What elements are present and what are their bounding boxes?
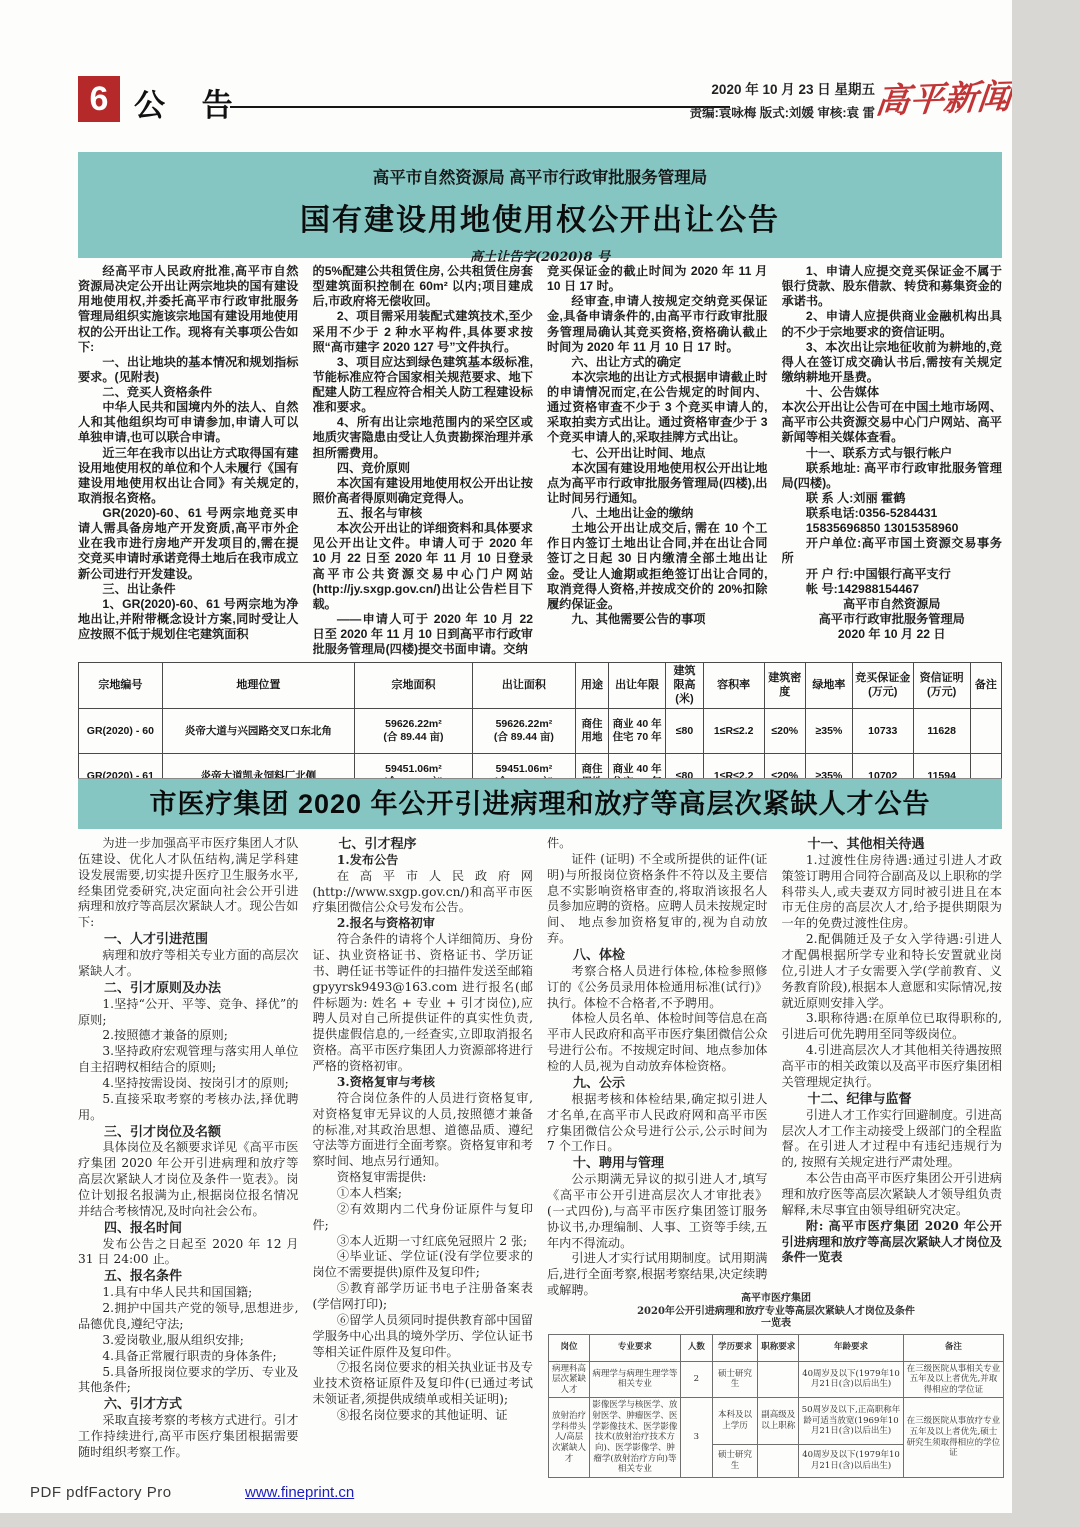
- announcement1-title: 国有建设用地使用权公开出让公告: [78, 195, 1002, 239]
- education-requirement: 硕士研究生: [712, 1361, 758, 1398]
- paragraph: 采取直接考察的考核方式进行。引才工作持续进行,高平市医疗集团根据需要随时组织考察…: [78, 1413, 299, 1461]
- editor-credits: 责编:袁咏梅 版式:刘媛 审核:袁 雷: [613, 103, 875, 121]
- paragraph: 1、申请人应提交竞买保证金不属于银行贷款、股东借款、转贷和募集资金的承诺书。: [782, 264, 1003, 309]
- column-header: 学历要求: [712, 1334, 758, 1361]
- paragraph: 高平市行政审批服务管理局: [782, 612, 1003, 627]
- paragraph: 六、出让方式的确定: [547, 355, 768, 370]
- paragraph: 2、项目需采用装配式建筑技术,至少采用不少于 2 种水平构件,具体要求按照“高市…: [313, 309, 534, 354]
- column-header: 岗位: [549, 1334, 590, 1361]
- education-requirement: 硕士研究生: [712, 1444, 758, 1477]
- paragraph: 4.坚持按需设岗、按岗引才的原则;: [78, 1076, 299, 1092]
- paragraph: 在高平市人民政府网(http://www.sxgp.gov.cn/)和高平市医疗…: [313, 869, 534, 917]
- column-header: 专业要求: [589, 1334, 680, 1361]
- attachment-table-header-row: 岗位专业要求人数学历要求职称要求年龄要求备注: [549, 1334, 1004, 1361]
- announcement1-column-4: 1、申请人应提交竞买保证金不属于银行贷款、股东借款、转贷和募集资金的承诺书。2、…: [782, 264, 1003, 660]
- paragraph: 公示期满无异议的拟引进人才,填写《高平市公开引进高层次人才审批表》(一式四份),…: [547, 1172, 768, 1251]
- column-header: 建筑密度: [764, 663, 805, 709]
- column-header: 职称要求: [758, 1334, 799, 1361]
- paragraph: 联系地址: 高平市行政审批服务管理局(四楼)。: [782, 461, 1003, 491]
- column-header: 容积率: [703, 663, 764, 709]
- paragraph: ⑦报名岗位要求的相关执业证书及专业技术资格证原件及复印件(已通过考试未领证者,须…: [313, 1360, 534, 1408]
- scan-edge-bottom: [0, 1513, 1012, 1527]
- paragraph: 十、公告媒体: [782, 385, 1003, 400]
- paragraph: 15835696850 13015358960: [782, 521, 1003, 536]
- paragraph: 联 系 人:刘丽 霍鹤: [782, 491, 1003, 506]
- paragraph: 5.具备所报岗位要求的学历、专业及其他条件;: [78, 1365, 299, 1397]
- remark: [970, 709, 1001, 754]
- paragraph: 证件 (证明) 不全或所提供的证件(证明)与所报岗位资格条件不符以及主要信息不实…: [547, 852, 768, 947]
- paragraph: 三、出让条件: [78, 582, 299, 597]
- paragraph: 四、报名时间: [78, 1220, 299, 1237]
- education-requirement: 本科及以上学历: [712, 1398, 758, 1444]
- paragraph: 2.按照德才兼备的原则;: [78, 1028, 299, 1044]
- land-table-header-row: 宗地编号地理位置宗地面积出让面积用途出让年限建筑限高(米)容积率建筑密度绿地率竞…: [79, 663, 1002, 709]
- attachment-table-title-line2: 2020年公开引进病理和放疗专业等高层次紧缺人才岗位及条件: [548, 1306, 1004, 1319]
- paragraph: ①本人档案;: [313, 1186, 534, 1202]
- paragraph: 根据考核和体检结果,确定拟引进人才名单,在高平市人民政府网和高平市医疗集团微信公…: [547, 1092, 768, 1155]
- paragraph: 4、所有出让宗地范围内的采空区或地质灾害隐患由受让人负责勘探治理并承担所需费用。: [313, 415, 534, 460]
- announcement2-column-2: 七、引才程序1.发布公告在高平市人民政府网(http://www.sxgp.go…: [313, 836, 534, 1470]
- paragraph: 本次国有建设用地使用权公开出让地点为高平市行政审批服务管理局(四楼),出让时间另…: [547, 461, 768, 506]
- announcement1-column-1: 经高平市人民政府批准,高平市自然资源局决定公开出让两宗地块的国有建设用地使用权,…: [78, 264, 299, 660]
- column-header: 地理位置: [162, 663, 354, 709]
- paragraph: 本次公开出让公告可在中国土地市场网、高平市公共资源交易中心门户网站、高平新闻等相…: [782, 400, 1003, 445]
- paragraph: 开户单位:高平市国土资源交易事务所: [782, 536, 1003, 566]
- age-requirement: 40周岁及以下(1979年10月21日(含)以后出生): [799, 1361, 904, 1398]
- column-header: 出让面积: [472, 663, 575, 709]
- announcement1-header: 高平市自然资源局 高平市行政审批服务管理局 国有建设用地使用权公开出让公告 高土…: [78, 152, 1002, 258]
- remark: 在三级医院从事放疗专业五年及以上者优先,硕士研究生须取得相应的学位证: [903, 1398, 1003, 1477]
- paragraph: 1.具有中华人民共和国国籍;: [78, 1285, 299, 1301]
- paragraph: 1.过渡性住房待遇:通过引进人才政策签订聘用合同符合副高及以上职称的学科带头人,…: [782, 853, 1003, 932]
- issuing-organizations: 高平市自然资源局 高平市行政审批服务管理局: [78, 152, 1002, 188]
- announcement2-column-1: 为进一步加强高平市医疗集团人才队伍建设、优化人才队伍结构,满足学科建设发展需要,…: [78, 836, 299, 1470]
- newspaper-page: 6 公 告 2020 年 10 月 23 日 星期五 责编:袁咏梅 版式:刘媛 …: [0, 0, 1080, 1527]
- position: 放射治疗学科带头人/高层次紧缺人才: [549, 1398, 590, 1477]
- document-number: 高土让告字(2020)8 号: [78, 246, 1002, 265]
- headcount: 3: [680, 1398, 712, 1477]
- building-density: ≤20%: [764, 709, 805, 754]
- paragraph: 考察合格人员进行体检,体检参照修订的《公务员录用体检通用标准(试行)》执行。体检…: [547, 964, 768, 1012]
- paragraph: 一、出让地块的基本情况和规划指标要求。(见附表): [78, 355, 299, 385]
- paragraph: 近三年在我市以出让方式取得国有建设用地使用权的单位和个人未履行《国有建设用地使用…: [78, 446, 299, 507]
- paragraph: ⑥留学人员须同时提供教育部中国留学服务中心出具的境外学历、学位认证书等相关证件原…: [313, 1313, 534, 1361]
- paragraph: 1.坚持“公开、平等、竞争、择优”的原则;: [78, 997, 299, 1029]
- paragraph: 八、体检: [547, 947, 768, 964]
- paragraph: 3.坚持政府宏观管理与落实用人单位自主招聘权相结合的原则;: [78, 1044, 299, 1076]
- paragraph: 六、引才方式: [78, 1396, 299, 1413]
- paragraph: 联系电话:0356-5284431: [782, 506, 1003, 521]
- paragraph: 二、引才原则及办法: [78, 980, 299, 997]
- page-number-badge: 6: [78, 76, 120, 122]
- title-requirement: [758, 1444, 799, 1477]
- paragraph: 四、竞价原则: [313, 461, 534, 476]
- paragraph: ④毕业证、学位证(没有学位要求的岗位不需要提供)原件及复印件;: [313, 1249, 534, 1281]
- paragraph: ⑧报名岗位要求的其他证明、证: [313, 1408, 534, 1424]
- attachment-table-title-line1: 高平市医疗集团: [548, 1293, 1004, 1306]
- parcel-id: GR(2020) - 60: [79, 709, 163, 754]
- column-header: 资信证明(万元): [913, 663, 970, 709]
- column-header: 人数: [680, 1334, 712, 1361]
- paragraph: 附: 高平市医疗集团 2020 年公开引进病理和放疗等高层次紧缺人才岗位及条件一…: [782, 1219, 1003, 1267]
- credit-proof: 11628: [913, 709, 970, 754]
- paragraph: 十一、其他相关待遇: [782, 836, 1003, 853]
- column-header: 出让年限: [609, 663, 666, 709]
- column-header: 备注: [903, 1334, 1003, 1361]
- paragraph: 开 户 行:中国银行高平支行: [782, 567, 1003, 582]
- paragraph: 高平市自然资源局: [782, 597, 1003, 612]
- column-header: 竞买保证金(万元): [852, 663, 913, 709]
- attachment-positions-table: 高平市医疗集团 2020年公开引进病理和放疗专业等高层次紧缺人才岗位及条件 一览…: [548, 1293, 1004, 1469]
- paragraph: 七、公开出让时间、地点: [547, 446, 768, 461]
- paragraph: 2.配偶随迁及子女入学待遇:引进人才配偶根据所学专业和特长安置就业岗位,引进人才…: [782, 932, 1003, 1011]
- paragraph: 1、GR(2020)-60、61 号两宗地为净地出让,并附带概念设计方案,同时受…: [78, 597, 299, 642]
- paragraph: ②有效期内二代身份证原件与复印件;: [313, 1202, 534, 1234]
- paragraph: 引进人才工作实行回避制度。引进高层次人才工作主动接受上级部门的全程监督。在引进人…: [782, 1108, 1003, 1171]
- page-header: 6 公 告 2020 年 10 月 23 日 星期五 责编:袁咏梅 版式:刘媛 …: [78, 74, 1002, 142]
- paragraph: 十二、纪律与监督: [782, 1091, 1003, 1108]
- paragraph: 2.报名与资格初审: [313, 916, 534, 932]
- paragraph: 符合条件的请将个人详细简历、身份证、执业资格证书、资格证书、学历证书、聘任证书等…: [313, 932, 534, 1075]
- paragraph: 3.资格复审与考核: [313, 1075, 534, 1091]
- announcement1-column-2: 的5%配建公共租赁住房, 公共租赁住房套型建筑面积控制在 60m² 以内;项目建…: [313, 264, 534, 660]
- paragraph: 2、申请人应提供商业金融机构出具的不少于宗地要求的资信证明。: [782, 309, 1003, 339]
- column-header: 宗地面积: [355, 663, 473, 709]
- paragraph: 五、报名条件: [78, 1268, 299, 1285]
- paragraph: 为进一步加强高平市医疗集团人才队伍建设、优化人才队伍结构,满足学科建设发展需要,…: [78, 836, 299, 931]
- title-requirement: 副高级及以上职称: [758, 1398, 799, 1444]
- paragraph: 竞买保证金的截止时间为 2020 年 11 月 10 日 17 时。: [547, 264, 768, 294]
- paragraph: 经高平市人民政府批准,高平市自然资源局决定公开出让两宗地块的国有建设用地使用权,…: [78, 264, 299, 355]
- column-header: 用途: [575, 663, 608, 709]
- paragraph: 引进人才实行试用期制度。试用期满后,进行全面考察,根据考察结果,决定续聘或解聘。: [547, 1251, 768, 1299]
- paragraph: GR(2020)-60、61 号两宗地竞买申请人需具备房地产开发资质,高平市外企…: [78, 506, 299, 582]
- paragraph: 资格复审需提供:: [313, 1170, 534, 1186]
- remark: 在三级医院从事相关专业五年及以上者优先,并取得相应的学位证: [903, 1361, 1003, 1398]
- paragraph: ⑤教育部学历证书电子注册备案表(学信网打印);: [313, 1281, 534, 1313]
- paragraph: 3.职称待遇:在原单位已取得职称的,引进后可优先聘用至同等级岗位。: [782, 1011, 1003, 1043]
- paragraph: 3、项目应达到绿色建筑基本级标准, 节能标准应符合国家相关规范要求、地下配建人防…: [313, 355, 534, 416]
- paragraph: 十一、联系方式与银行帐户: [782, 446, 1003, 461]
- paragraph: 体检人员名单、体检时间等信息在高平市人民政府和高平市医疗集团微信公众号进行公布。…: [547, 1011, 768, 1074]
- paragraph: 中华人民共和国境内外的法人、自然人和其他组织均可申请参加,申请人可以单独申请,也…: [78, 400, 299, 445]
- announcement1-column-3: 竞买保证金的截止时间为 2020 年 11 月 10 日 17 时。经审查,申请…: [547, 264, 768, 660]
- paragraph: 2.拥护中国共产党的领导,思想进步,品德优良,遵纪守法;: [78, 1301, 299, 1333]
- announcement1-body: 经高平市人民政府批准,高平市自然资源局决定公开出让两宗地块的国有建设用地使用权,…: [78, 264, 1002, 660]
- paragraph: 符合岗位条件的人员进行资格复审,对资格复审无异议的人员,按照德才兼备的标准,对其…: [313, 1091, 534, 1170]
- scan-edge-right: [1012, 0, 1080, 1527]
- paragraph: 帐 号:142988154467: [782, 582, 1003, 597]
- paragraph: 经审查,申请人按规定交纳竞买保证金,具备申请条件的,由高平市行政审批服务管理局确…: [547, 294, 768, 355]
- plot-ratio: 1≤R≤2.2: [703, 709, 764, 754]
- column-header: 宗地编号: [79, 663, 163, 709]
- paragraph: 1.发布公告: [313, 853, 534, 869]
- paragraph: 十、聘用与管理: [547, 1155, 768, 1172]
- paragraph: 一、人才引进范围: [78, 931, 299, 948]
- pdf-generator-watermark: PDF pdfFactory Pro: [30, 1484, 172, 1501]
- age-requirement: 50周岁及以下,正高职称年龄可适当放宽(1969年10月21日(含)以后出生): [799, 1398, 904, 1444]
- column-header: 绿地率: [805, 663, 852, 709]
- paragraph: 件。: [547, 836, 768, 852]
- paragraph: 九、公示: [547, 1075, 768, 1092]
- paragraph: 九、其他需要公告的事项: [547, 612, 768, 627]
- paragraph: 病理和放疗等相关专业方面的高层次紧缺人才。: [78, 948, 299, 980]
- table-row: 病理科高层次紧缺人才 病理学与病理生理学等相关专业 2 硕士研究生 40周岁及以…: [549, 1361, 1004, 1398]
- paragraph: 二、竞买人资格条件: [78, 385, 299, 400]
- column-header: 年龄要求: [799, 1334, 904, 1361]
- paragraph: ③本人近期一寸红底免冠照片 2 张;: [313, 1234, 534, 1250]
- major-requirement: 病理学与病理生理学等相关专业: [589, 1361, 680, 1398]
- parcel-area: 59626.22m² (合 89.44 亩): [355, 709, 473, 754]
- location: 炎帝大道与兴园路交叉口东北角: [162, 709, 354, 754]
- paragraph: 发布公告之日起至 2020 年 12 月 31 日 24:00 止。: [78, 1237, 299, 1269]
- paragraph: 3.爱岗敬业,服从组织安排;: [78, 1333, 299, 1349]
- paragraph: 三、引才岗位及名额: [78, 1124, 299, 1141]
- paragraph: 4.引进高层次人才其他相关待遇按照高平市的相关政策以及高平市医疗集团相关管理规定…: [782, 1043, 1003, 1091]
- paragraph: 七、引才程序: [313, 836, 534, 853]
- paragraph: 本公告由高平市医疗集团公开引进病理和放疗医等高层次紧缺人才领导组负责解释,未尽事…: [782, 1171, 1003, 1219]
- green-rate: ≥35%: [805, 709, 852, 754]
- paragraph: 五、报名与审核: [313, 506, 534, 521]
- title-requirement: [758, 1361, 799, 1398]
- term-years: 商业 40 年 住宅 70 年: [609, 709, 666, 754]
- paragraph: 本次宗地的出让方式根据申请截止时的申请情况而定,在公告规定的时间内、通过资格审查…: [547, 370, 768, 446]
- fineprint-link[interactable]: www.fineprint.cn: [245, 1484, 354, 1501]
- column-header: 建筑限高(米): [666, 663, 704, 709]
- headcount: 2: [680, 1361, 712, 1398]
- table-row: GR(2020) - 60 炎帝大道与兴园路交叉口东北角 59626.22m² …: [79, 709, 1002, 754]
- major-requirement: 影像医学与核医学、放射医学、肿瘤医学、医学影像技术、医学影像技术(放射治疗技术方…: [589, 1398, 680, 1477]
- paragraph: 本次公开出让的详细资料和具体要求见公开出让文件。申请人可于 2020 年 10 …: [313, 521, 534, 612]
- paragraph: 土地公开出让成交后, 需在 10 个工作日内签订土地出让合同,并在出让合同签订之…: [547, 521, 768, 612]
- land-use: 商住 用地: [575, 709, 608, 754]
- position: 病理科高层次紧缺人才: [549, 1361, 590, 1398]
- paragraph: 具体岗位及名额要求详见《高平市医疗集团 2020 年公开引进病理和放疗等高层次紧…: [78, 1140, 299, 1219]
- header-meta: 2020 年 10 月 23 日 星期五 责编:袁咏梅 版式:刘媛 审核:袁 雷: [613, 78, 875, 121]
- deposit: 10733: [852, 709, 913, 754]
- paragraph: 4.具备正常履行职责的身体条件;: [78, 1349, 299, 1365]
- paragraph: 的5%配建公共租赁住房, 公共租赁住房套型建筑面积控制在 60m² 以内;项目建…: [313, 264, 534, 309]
- column-header: 备注: [970, 663, 1001, 709]
- section-title: 公 告: [134, 80, 247, 125]
- issue-date: 2020 年 10 月 23 日 星期五: [613, 78, 875, 98]
- paragraph: 5.直接采取考察的考核办法,择优聘用。: [78, 1092, 299, 1124]
- attachment-table-title-line3: 一览表: [548, 1318, 1004, 1331]
- paragraph: 本次国有建设用地使用权公开出让按照价高者得原则确定竞得人。: [313, 476, 534, 506]
- paragraph: 3、本次出让宗地征收前为耕地的,竞得人在签订成交确认书后,需按有关规定缴纳耕地开…: [782, 340, 1003, 385]
- age-requirement: 40周岁及以下(1979年10月21日(含)以后出生): [799, 1444, 904, 1477]
- height-limit: ≤80: [666, 709, 704, 754]
- table-row: 放射治疗学科带头人/高层次紧缺人才 影像医学与核医学、放射医学、肿瘤医学、医学影…: [549, 1398, 1004, 1444]
- paragraph: ——申请人可于 2020 年 10 月 22 日至 2020 年 11 月 10…: [313, 612, 534, 657]
- transfer-area: 59626.22m² (合 89.44 亩): [472, 709, 575, 754]
- paragraph: 2020 年 10 月 22 日: [782, 627, 1003, 642]
- announcement2-title: 市医疗集团 2020 年公开引进病理和放疗等高层次紧缺人才公告: [78, 778, 1002, 829]
- paragraph: 八、土地出让金的缴纳: [547, 506, 768, 521]
